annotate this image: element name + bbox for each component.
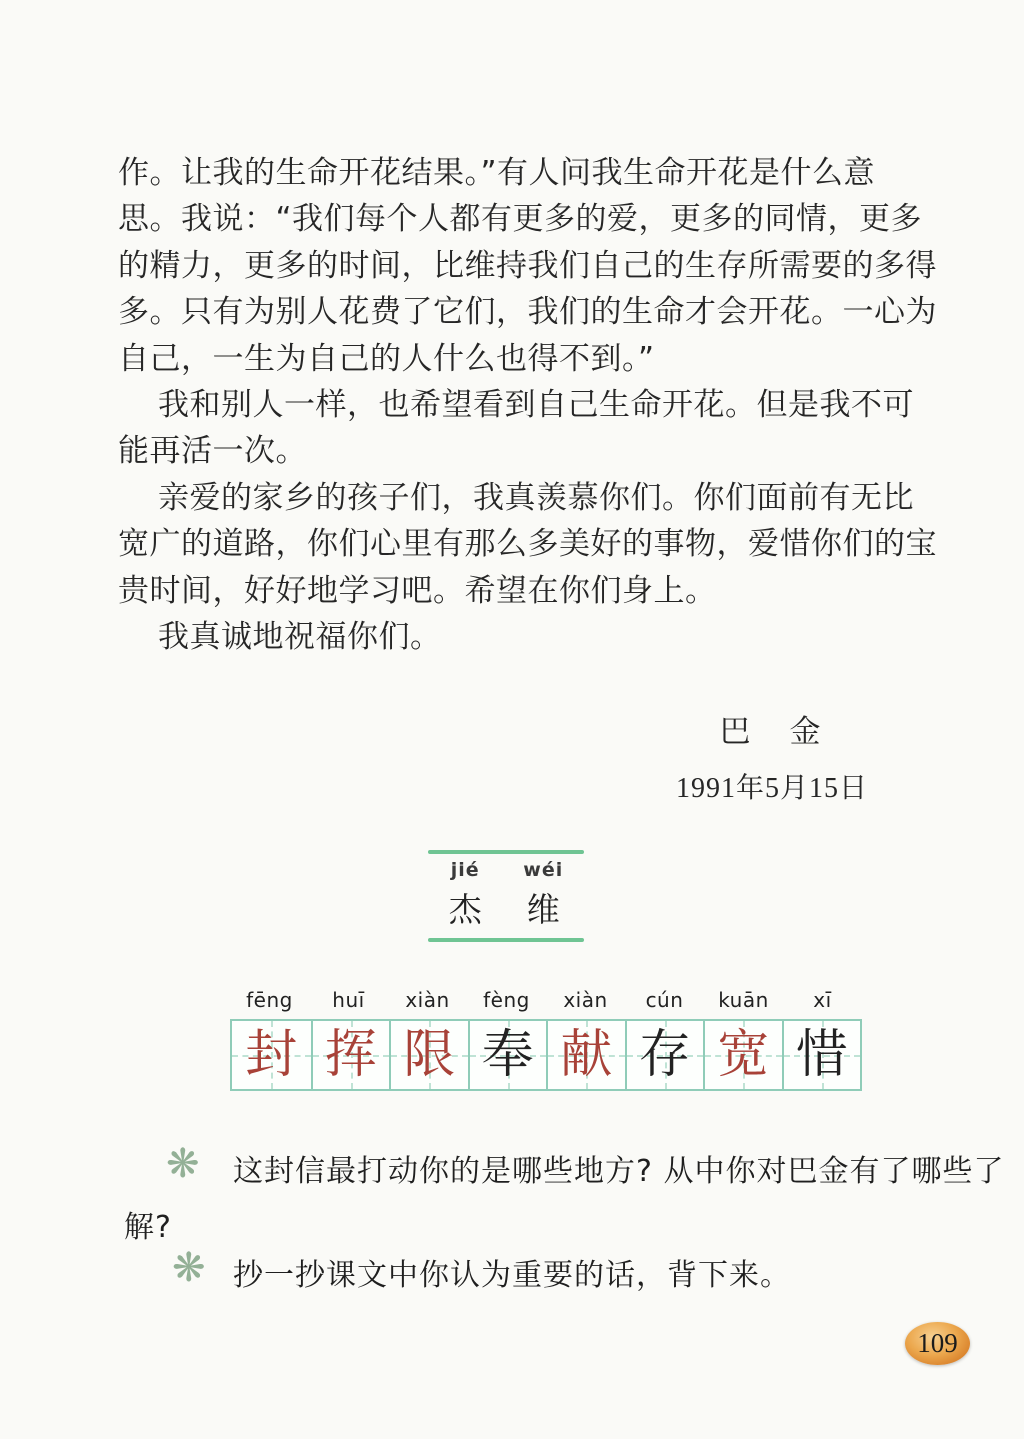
grid-cell: 挥 xyxy=(311,1021,390,1089)
character: 杰 xyxy=(449,884,482,931)
grid-cell: 宽 xyxy=(703,1021,782,1089)
signature-name: 巴 金 xyxy=(666,706,878,751)
exercise-question-1: 这封信最打动你的是哪些地方? 从中你对巴金有了哪些了 xyxy=(233,1146,1004,1190)
letter-line: 我和别人一样，也希望看到自己生命开花。但是我不可 xyxy=(118,382,914,428)
character: 封 xyxy=(245,1029,297,1081)
divider-line-bottom xyxy=(428,938,584,942)
letter-line: 能再活一次。 xyxy=(118,428,914,474)
letter-signature: 巴 金 1991年5月15日 xyxy=(666,706,878,806)
pinyin-label: huī xyxy=(309,988,388,1012)
grid-cell: 限 xyxy=(389,1021,468,1089)
pinyin-label: fèng xyxy=(467,988,546,1012)
character: 惜 xyxy=(796,1029,848,1081)
letter-line: 贵时间，好好地学习吧。希望在你们身上。 xyxy=(118,568,914,614)
grid-cell: 封 xyxy=(232,1021,311,1089)
exercise-question-2: 抄一抄课文中你认为重要的话，背下来。 xyxy=(233,1250,791,1294)
grid-cell: 献 xyxy=(546,1021,625,1089)
recognition-entry: wéi 维 xyxy=(523,859,563,931)
letter-line: 亲爱的家乡的孩子们，我真羡慕你们。你们面前有无比 xyxy=(118,475,914,521)
signature-date: 1991年5月15日 xyxy=(666,766,878,806)
character: 挥 xyxy=(325,1029,377,1081)
writing-practice-grid: 封 挥 限 奉 献 存 宽 惜 xyxy=(230,1019,862,1091)
grid-cell: 奉 xyxy=(468,1021,547,1089)
pinyin-label: xiàn xyxy=(388,988,467,1012)
pinyin-label: cún xyxy=(625,988,704,1012)
character: 献 xyxy=(560,1029,612,1081)
letter-body: 作。让我的生命开花结果。”有人问我生命开花是什么意 思。我说：“我们每个人都有更… xyxy=(118,150,914,660)
character: 限 xyxy=(403,1029,455,1081)
letter-line: 自己，一生为自己的人什么也得不到。” xyxy=(118,336,914,382)
new-characters-box: jié 杰 wéi 维 xyxy=(428,850,584,942)
letter-line: 多。只有为别人花费了它们，我们的生命才会开花。一心为 xyxy=(118,289,914,335)
character: 维 xyxy=(523,884,563,931)
letter-line: 作。让我的生命开花结果。”有人问我生命开花是什么意 xyxy=(118,150,914,196)
pinyin-label: xī xyxy=(783,988,862,1012)
writing-grid-pinyin-row: fēng huī xiàn fèng xiàn cún kuān xī xyxy=(230,988,862,1012)
pinyin-label: fēng xyxy=(230,988,309,1012)
letter-line: 思。我说：“我们每个人都有更多的爱，更多的同情，更多 xyxy=(118,196,914,242)
page-number: 109 xyxy=(917,1328,958,1359)
letter-line: 我真诚地祝福你们。 xyxy=(118,614,914,660)
character: 宽 xyxy=(717,1029,769,1081)
pinyin-label: xiàn xyxy=(546,988,625,1012)
flower-bullet-icon: ❋ xyxy=(172,1248,206,1288)
grid-cell: 惜 xyxy=(782,1021,861,1089)
pinyin-label: jié xyxy=(449,859,482,881)
character: 存 xyxy=(639,1029,691,1081)
recognition-entry: jié 杰 xyxy=(449,859,482,931)
character: 奉 xyxy=(482,1029,534,1081)
grid-cell: 存 xyxy=(625,1021,704,1089)
page-number-badge: 109 xyxy=(905,1322,970,1365)
exercise-question-1-continued: 解? xyxy=(124,1202,172,1246)
letter-line: 的精力，更多的时间，比维持我们自己的生存所需要的多得 xyxy=(118,243,914,289)
flower-bullet-icon: ❋ xyxy=(166,1144,200,1184)
letter-line: 宽广的道路，你们心里有那么多美好的事物，爱惜你们的宝 xyxy=(118,521,914,567)
pinyin-label: wéi xyxy=(523,859,563,881)
pinyin-label: kuān xyxy=(704,988,783,1012)
